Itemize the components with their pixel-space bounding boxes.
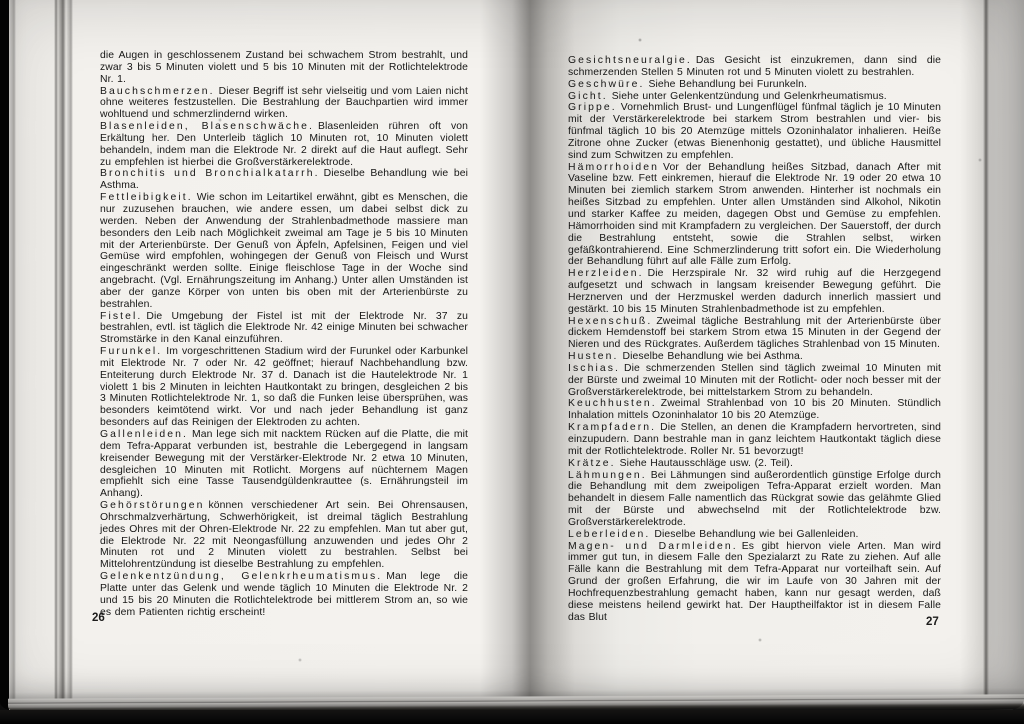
paragraph-headword: Keuchhusten. xyxy=(568,398,657,409)
paragraph: Ischias.Die schmerzenden Stellen sind tä… xyxy=(568,363,941,399)
paragraph: Fistel.Die Umgebung der Fistel ist mit d… xyxy=(100,311,468,347)
paragraph-headword: Krampfadern. xyxy=(568,422,656,433)
paragraph-body: Siehe Hautausschläge usw. (2. Teil). xyxy=(620,458,793,469)
paragraph-body: die Augen in geschlossenem Zustand bei s… xyxy=(100,50,468,85)
paragraph: Geschwüre.Siehe Behandlung bei Furunkeln… xyxy=(568,79,941,91)
paragraph-headword: Blasenleiden, Blasenschwäche. xyxy=(100,121,314,132)
left-page-text: die Augen in geschlossenem Zustand bei s… xyxy=(100,50,468,619)
paragraph: Lähmungen.Bei Lähmungen sind außerordent… xyxy=(568,470,941,529)
paragraph-headword: Krätze. xyxy=(568,458,616,469)
paragraph: Fettleibigkeit.Wie schon im Leitartikel … xyxy=(100,192,468,310)
paragraph-headword: Gelenkentzündung, Gelenkrheumatismus. xyxy=(100,571,382,582)
paragraph-headword: Hexenschuß. xyxy=(568,316,652,327)
paragraph-body: Siehe Behandlung bei Furunkeln. xyxy=(648,79,807,90)
paragraph: Gicht.Siehe unter Gelenkentzündung und G… xyxy=(568,91,941,103)
paragraph-headword: Bronchitis und Bronchialkatarrh. xyxy=(100,168,320,179)
paragraph-headword: Ischias. xyxy=(568,363,620,374)
paragraph-headword: Gallenleiden. xyxy=(100,429,188,440)
paragraph-headword: Leberleiden. xyxy=(568,529,650,540)
paragraph: Krampfadern.Die Stellen, an denen die Kr… xyxy=(568,422,941,458)
paragraph: Leberleiden.Dieselbe Behandlung wie bei … xyxy=(568,529,941,541)
paragraph-headword: Geschwüre. xyxy=(568,79,644,90)
paragraph-headword: Husten. xyxy=(568,351,619,362)
paragraph-headword: Gehörstörungen xyxy=(100,500,205,511)
paragraph-headword: Gesichtsneuralgie. xyxy=(568,55,692,66)
paragraph: Grippe.Vornehmlich Brust- und Lungenflüg… xyxy=(568,102,941,161)
paragraph: Bronchitis und Bronchialkatarrh.Dieselbe… xyxy=(100,168,468,192)
paragraph: Herzleiden.Die Herzspirale Nr. 32 wird r… xyxy=(568,268,941,315)
paragraph: Keuchhusten.Zweimal Strahlenbad von 10 b… xyxy=(568,398,941,422)
paragraph: Magen- und Darmleiden.Es gibt hiervon vi… xyxy=(568,541,941,624)
paragraph: Blasenleiden, Blasenschwäche.Blasenleide… xyxy=(100,121,468,168)
paragraph-headword: Gicht. xyxy=(568,91,608,102)
paragraph-body: Vornehmlich Brust- und Lungenflügel fünf… xyxy=(568,102,941,160)
paragraph: Gehörstörungenkönnen verschiedener Art s… xyxy=(100,500,468,571)
paragraph-body: Es gibt hiervon viele Arten. Man wird im… xyxy=(568,541,941,623)
paragraph-body: Dieselbe Behandlung wie bei Asthma. xyxy=(623,351,803,362)
page-number-right: 27 xyxy=(926,616,939,628)
paragraph: Gallenleiden.Man lege sich mit nacktem R… xyxy=(100,429,468,500)
paragraph-headword: Herzleiden. xyxy=(568,268,644,279)
paragraph-body: Vor der Behandlung heißes Sitzbad, danac… xyxy=(568,162,941,268)
paragraph-headword: Grippe. xyxy=(568,102,617,113)
paragraph: Gesichtsneuralgie.Das Gesicht ist einzuk… xyxy=(568,55,941,79)
table-background xyxy=(0,710,1024,724)
paragraph-headword: Lähmungen. xyxy=(568,470,647,481)
paragraph: die Augen in geschlossenem Zustand bei s… xyxy=(100,50,468,86)
right-page-text: Gesichtsneuralgie.Das Gesicht ist einzuk… xyxy=(568,55,941,624)
paragraph: Furunkel.Im vorgeschrittenen Stadium wir… xyxy=(100,346,468,429)
paragraph-headword: Fistel. xyxy=(100,311,142,322)
paragraph: Husten.Dieselbe Behandlung wie bei Asthm… xyxy=(568,351,941,363)
paragraph-body: Dieselbe Behandlung wie bei Gallenleiden… xyxy=(654,529,858,540)
page-number-left: 26 xyxy=(92,612,105,624)
paragraph-body: Wie schon im Leitartikel erwähnt, gibt e… xyxy=(100,192,468,310)
paragraph-headword: Magen- und Darmleiden. xyxy=(568,541,738,552)
book-photo: die Augen in geschlossenem Zustand bei s… xyxy=(0,0,1024,724)
paragraph-headword: Furunkel. xyxy=(100,346,162,357)
paragraph-body: Die schmerzenden Stellen sind täglich zw… xyxy=(568,363,941,398)
paragraph: HämorrhoidenVor der Behandlung heißes Si… xyxy=(568,162,941,269)
paragraph-headword: Fettleibigkeit. xyxy=(100,192,193,203)
paragraph: Hexenschuß.Zweimal tägliche Bestrahlung … xyxy=(568,316,941,352)
paragraph: Bauchschmerzen.Dieser Begriff ist sehr v… xyxy=(100,86,468,122)
paragraph-headword: Hämorrhoiden xyxy=(568,162,659,173)
paragraph-body: Die Umgebung der Fistel ist mit der Elek… xyxy=(100,311,468,346)
paragraph-headword: Bauchschmerzen. xyxy=(100,86,215,97)
paragraph: Gelenkentzündung, Gelenkrheumatismus.Man… xyxy=(100,571,468,618)
paragraph: Krätze.Siehe Hautausschläge usw. (2. Tei… xyxy=(568,458,941,470)
paragraph-body: Im vorgeschrittenen Stadium wird der Fur… xyxy=(100,346,468,428)
paragraph-body: Siehe unter Gelenkentzündung und Gelenkr… xyxy=(612,91,887,102)
